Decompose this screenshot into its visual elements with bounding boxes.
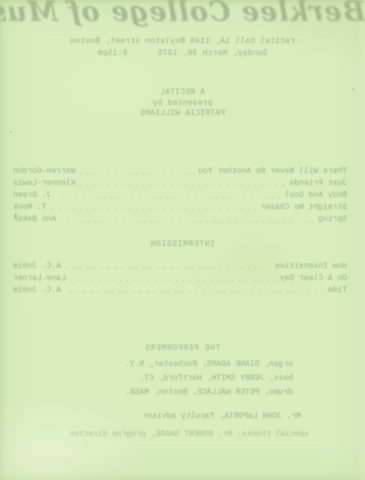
recital-title-block: A RECITAL presented by PATRICIA WILLIAMS xyxy=(0,88,365,120)
song-title: Just Friends xyxy=(289,179,347,188)
program-row: Spring Ann Baker xyxy=(13,215,347,224)
song-title: Spring xyxy=(318,215,347,224)
song-title: Tide xyxy=(328,286,347,295)
dotted-leader xyxy=(80,185,284,186)
college-masthead-title: Berklee College of Music xyxy=(0,0,365,28)
composer: Warren-Gordon xyxy=(13,167,75,176)
program-row: How Insensitive A.C. Jobim xyxy=(13,262,347,271)
program-row: Just Friends Klenner-Lewis xyxy=(13,179,347,188)
scan-speck xyxy=(14,213,17,218)
composer: Klenner-Lewis xyxy=(13,179,75,188)
program-row: On A Clear Day Lane-Lerner xyxy=(13,274,347,283)
scan-speck xyxy=(10,131,12,133)
performer-line: drums, PETER WALLACE, Boston, MASS. xyxy=(125,386,293,400)
performers-heading: THE PERFORMERS xyxy=(0,344,365,353)
venue-address-line: recital hall 1A, 1140 Boylston street, B… xyxy=(0,37,365,46)
intermission-label: INTERMISSION xyxy=(0,240,365,249)
performers-list: organ, DIANE ADAMS, Rochester, N.Y. bass… xyxy=(125,358,293,400)
special-thanks-line: special thanks: Mr. ROBERT SHARE, progra… xyxy=(69,430,309,439)
performer-line: organ, DIANE ADAMS, Rochester, N.Y. xyxy=(125,358,293,372)
program-row: There Will Never Be Another You Warren-G… xyxy=(13,167,347,176)
recital-line-3: PATRICIA WILLIAMS xyxy=(0,109,365,120)
dotted-leader xyxy=(80,173,193,174)
program-row: Tide A.C. Jobim xyxy=(13,286,347,295)
performer-line: bass, JERRY SMITH, Hartford, CT. xyxy=(125,372,293,386)
song-title: Straight No Chaser xyxy=(261,203,347,212)
composer: Ann Baker xyxy=(13,215,56,224)
recital-line-2: presented by xyxy=(0,99,365,110)
song-title: How Insensitive xyxy=(275,262,347,271)
dotted-leader xyxy=(66,292,323,293)
dotted-leader xyxy=(66,268,270,269)
scanned-program-page: Berklee College of Music recital hall 1A… xyxy=(0,0,365,480)
song-title: On A Clear Day xyxy=(280,274,347,283)
composer: A.C. Jobim xyxy=(13,262,61,271)
composer: T. Monk xyxy=(13,203,47,212)
faculty-advisor-line: Mr. JOHN LaPORTA, faculty advisor xyxy=(143,412,301,421)
recital-line-1: A RECITAL xyxy=(0,88,365,99)
composer: J. Green xyxy=(13,191,51,200)
scan-speck xyxy=(352,88,354,90)
event-time: 8:15pm xyxy=(97,49,127,58)
song-title: There Will Never Be Another You xyxy=(198,167,347,176)
composer: A.C. Jobim xyxy=(13,286,61,295)
dotted-leader xyxy=(56,197,279,198)
song-title: Body And Soul xyxy=(285,191,347,200)
mirrored-text-layer: Berklee College of Music recital hall 1A… xyxy=(0,0,365,480)
composer: Lane-Lerner xyxy=(13,274,66,283)
dotted-leader xyxy=(71,280,275,281)
event-date: Sunday, March 30, 1975 xyxy=(158,49,268,58)
program-row: Straight No Chaser T. Monk xyxy=(13,203,347,212)
dotted-leader xyxy=(61,221,313,222)
date-time-line: Sunday, March 30, 19758:15pm xyxy=(0,49,365,58)
dotted-leader xyxy=(52,209,256,210)
program-row: Body And Soul J. Green xyxy=(13,191,347,200)
